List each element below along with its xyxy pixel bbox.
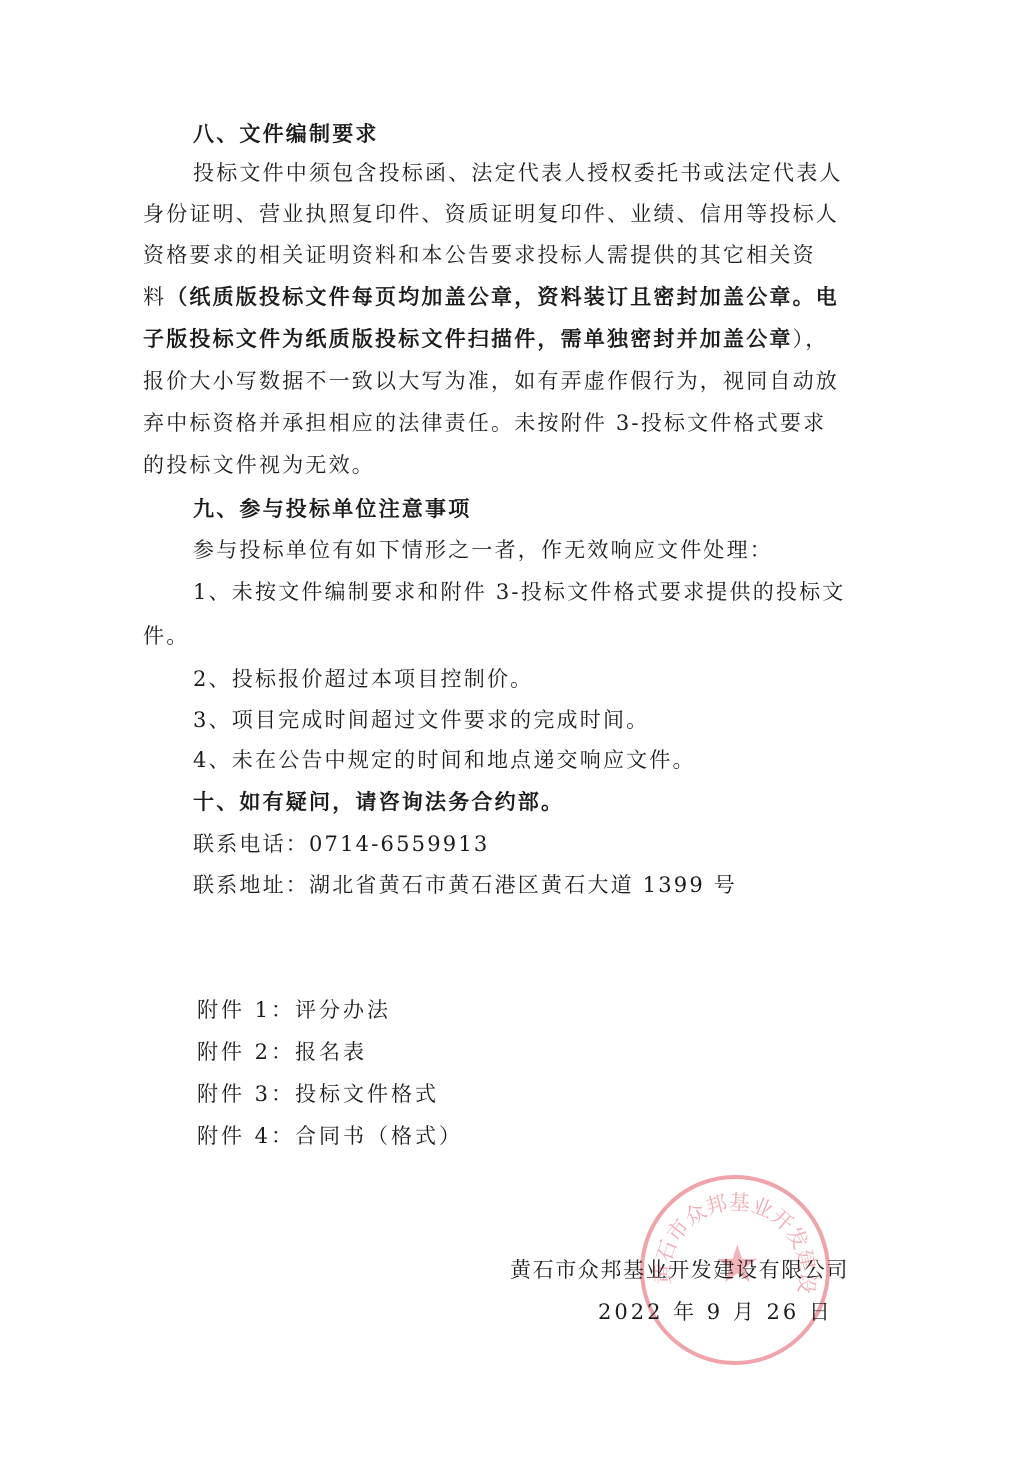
section-8-paragraph-line: 报价大小写数据不一致以大写为准，如有弄虚作假行为，视同自动放: [143, 369, 873, 393]
section-8-paragraph-line: 身份证明、营业执照复印件、资质证明复印件、业绩、信用等投标人: [143, 202, 873, 226]
attachment-item: 附件 4：合同书（格式）: [197, 1124, 927, 1148]
section-8-paragraph-line: 投标文件中须包含投标函、法定代表人授权委托书或法定代表人: [193, 161, 923, 185]
emphasis-text: （纸质版投标文件每页均加盖公章，资料装订且密封加盖公章。电: [166, 284, 839, 309]
section-9-item: 3、项目完成时间超过文件要求的完成时间。: [193, 708, 923, 732]
section-9-intro: 参与投标单位有如下情形之一者，作无效响应文件处理：: [193, 538, 923, 562]
phone-number: 0714-6559913: [309, 832, 489, 856]
attachment-label: 附件 2：: [197, 1040, 295, 1064]
signature-company: 黄石市众邦基业开发建设有限公司: [510, 1258, 1031, 1282]
attachment-label: 附件 3：: [197, 1082, 295, 1106]
text-segment: 料: [143, 285, 166, 309]
attachment-item: 附件 1：评分办法: [197, 998, 927, 1022]
section-8-paragraph-line: 弃中标资格并承担相应的法律责任。未按附件 3-投标文件格式要求: [143, 411, 873, 435]
attachment-label: 附件 4：: [197, 1124, 295, 1148]
attachment-name: 合同书（格式）: [295, 1124, 463, 1148]
section-8-paragraph-line: 料（纸质版投标文件每页均加盖公章，资料装订且密封加盖公章。电: [143, 285, 873, 309]
section-9-item: 1、未按文件编制要求和附件 3-投标文件格式要求提供的投标文: [193, 580, 923, 604]
attachment-item: 附件 3：投标文件格式: [197, 1082, 927, 1106]
signature-date: 2022 年 9 月 26 日: [598, 1300, 1031, 1324]
section-8-paragraph-line: 资格要求的相关证明资料和本公告要求投标人需提供的其它相关资: [143, 243, 873, 267]
attachment-label: 附件 1：: [197, 998, 295, 1022]
attachment-name: 报名表: [295, 1040, 367, 1064]
section-8-paragraph-line: 的投标文件视为无效。: [143, 453, 873, 477]
contact-phone: 联系电话：0714-6559913: [193, 832, 923, 856]
section-9-item-continuation: 件。: [143, 624, 873, 648]
contact-address: 联系地址：湖北省黄石市黄石港区黄石大道 1399 号: [193, 873, 923, 897]
address-value: 湖北省黄石市黄石港区黄石大道 1399 号: [309, 873, 737, 897]
attachment-name: 评分办法: [295, 998, 391, 1022]
text-segment: ），: [793, 327, 829, 351]
section-9-title: 九、参与投标单位注意事项: [193, 497, 923, 521]
document-page: 八、文件编制要求 投标文件中须包含投标函、法定代表人授权委托书或法定代表人 身份…: [0, 0, 1031, 1457]
attachment-name: 投标文件格式: [295, 1082, 439, 1106]
emphasis-text: 子版投标文件为纸质版投标文件扫描件，需单独密封并加盖公章: [143, 326, 793, 351]
section-10-title: 十、如有疑问，请咨询法务合约部。: [193, 790, 923, 814]
address-label: 联系地址：: [193, 873, 309, 897]
section-9-item: 2、投标报价超过本项目控制价。: [193, 667, 923, 691]
section-9-item: 4、未在公告中规定的时间和地点递交响应文件。: [193, 748, 923, 772]
section-8-paragraph-line: 子版投标文件为纸质版投标文件扫描件，需单独密封并加盖公章），: [143, 327, 873, 351]
attachment-item: 附件 2：报名表: [197, 1040, 927, 1064]
section-8-title: 八、文件编制要求: [193, 122, 923, 146]
phone-label: 联系电话：: [193, 832, 309, 856]
